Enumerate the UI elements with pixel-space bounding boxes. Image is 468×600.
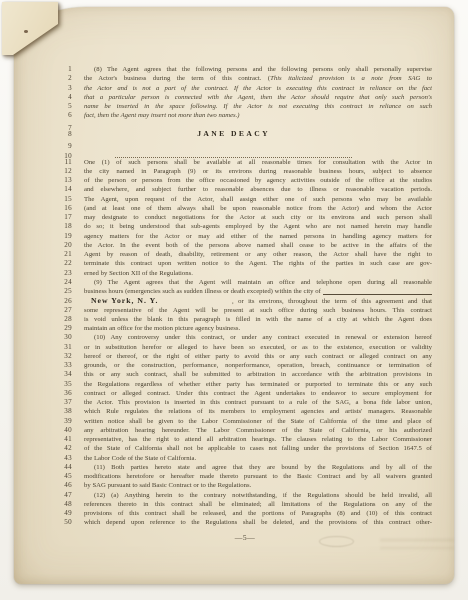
line-text: and elsewhere, and subject further to re… bbox=[84, 186, 432, 193]
line-number: 39 bbox=[14, 417, 72, 425]
line-text: any arbitration hearing hereunder. The L… bbox=[84, 427, 432, 434]
line-text: contract or alleged contract. Under this… bbox=[84, 390, 432, 397]
line-number: 45 bbox=[14, 472, 72, 480]
line-text: name be inserted in the space following.… bbox=[84, 103, 432, 110]
line-number: 32 bbox=[14, 352, 72, 360]
line-number: 25 bbox=[14, 287, 72, 295]
contract-line: 20the Actor. In the event both of the pe… bbox=[14, 241, 432, 250]
contract-line: 46by SAG pursuant to said Basic Contract… bbox=[14, 481, 432, 490]
line-number: 46 bbox=[14, 481, 72, 489]
line-text: the Regulations regardless of whether ei… bbox=[84, 381, 432, 388]
city-blank-rule bbox=[323, 294, 432, 295]
line-number: 48 bbox=[14, 500, 72, 508]
line-text: the Labor Code of the State of Californi… bbox=[84, 455, 196, 462]
line-text: the Actor and is not a part of the contr… bbox=[84, 85, 432, 92]
contract-line: 17may designate to conduct negotiations … bbox=[14, 213, 432, 222]
line-text: some representative of the Agent will be… bbox=[84, 307, 432, 314]
line-number: 26 bbox=[14, 297, 72, 305]
line-number: 12 bbox=[14, 167, 72, 175]
folded-corner-paper bbox=[0, 0, 86, 76]
line-text: One (1) of such persons shall be availab… bbox=[84, 159, 432, 166]
line-text: (9) The Agent agrees that the Agent will… bbox=[94, 279, 432, 286]
line-number: 35 bbox=[14, 380, 72, 388]
contract-line: 10 bbox=[14, 148, 432, 157]
contract-line: 3the Actor and is not a part of the cont… bbox=[14, 84, 432, 93]
line-text: the city named in Paragraph (9) or its e… bbox=[84, 168, 432, 175]
line-text: that a particular person is connected wi… bbox=[84, 94, 432, 101]
contract-line: 15The Agent, upon request of the Actor, … bbox=[14, 195, 432, 204]
line-number: 37 bbox=[14, 398, 72, 406]
line-number: 9 bbox=[14, 142, 72, 150]
contract-line: 5name be inserted in the space following… bbox=[14, 102, 432, 111]
line-number: 27 bbox=[14, 306, 72, 314]
line-number: 34 bbox=[14, 370, 72, 378]
line-number: 41 bbox=[14, 435, 72, 443]
line-text: (11) Both parties hereto state and agree… bbox=[94, 464, 432, 471]
line-text: which depend upon reference to the Regul… bbox=[84, 519, 432, 526]
contract-line: 7 bbox=[14, 121, 432, 130]
line-number: 42 bbox=[14, 444, 72, 452]
line-text: fact, then the Agent may insert not more… bbox=[84, 112, 240, 119]
contract-line: 4that a particular person is connected w… bbox=[14, 93, 432, 102]
contract-line: 25business hours (emergencies such as su… bbox=[14, 287, 432, 296]
contract-line: 50which depend upon reference to the Reg… bbox=[14, 518, 432, 527]
contract-line: 21Agent by reason of death, disability, … bbox=[14, 250, 432, 259]
line-text: Agent by reason of death, disability, re… bbox=[84, 251, 432, 258]
line-text: do so; it being understood that sub-agen… bbox=[84, 223, 432, 230]
line-text: (and at least one of them always shall b… bbox=[84, 205, 432, 212]
line-number: 16 bbox=[14, 204, 72, 212]
line-text: erned by Section XII of the Regulations. bbox=[84, 270, 193, 277]
contract-line: 26New York, N. Y., or its environs, thro… bbox=[14, 296, 432, 305]
contract-line: 41representative, has the right to atten… bbox=[14, 435, 432, 444]
line-number: 18 bbox=[14, 222, 72, 230]
contract-line: 32hereof or thereof, or the right of eit… bbox=[14, 352, 432, 361]
line-text: modifications heretofore or hereafter ma… bbox=[84, 473, 432, 480]
folded-corner bbox=[0, 0, 86, 76]
contract-page: 1(8) The Agent agrees that the following… bbox=[14, 7, 454, 584]
line-number: 24 bbox=[14, 278, 72, 286]
line-number: 49 bbox=[14, 509, 72, 517]
line-number: 8 bbox=[14, 130, 72, 138]
contract-line: 23erned by Section XII of the Regulation… bbox=[14, 269, 432, 278]
contract-line: 31or in substitution herefor or alleged … bbox=[14, 343, 432, 352]
line-text: (12) (a) Anything herein to the contrary… bbox=[94, 492, 432, 499]
contract-line: 42of the State of California shall not b… bbox=[14, 444, 432, 453]
contract-line: 34this or any such contract, shall be su… bbox=[14, 370, 432, 379]
line-text: by SAG pursuant to said Basic Contract o… bbox=[84, 482, 251, 489]
line-text: business hours (emergencies such as sudd… bbox=[84, 287, 321, 296]
contract-line: 38which Rule regulates the relations of … bbox=[14, 407, 432, 416]
line-number: 44 bbox=[14, 463, 72, 471]
line-number: 4 bbox=[14, 93, 72, 101]
faint-pencil-notation bbox=[380, 534, 454, 554]
contract-line: 9 bbox=[14, 139, 432, 148]
line-text: the Actor. In the event both of the pers… bbox=[84, 242, 432, 249]
supervisor-name-fill: JANE DEACY bbox=[115, 130, 352, 139]
line-number: 38 bbox=[14, 407, 72, 415]
line-number: 23 bbox=[14, 269, 72, 277]
contract-line: 43the Labor Code of the State of Califor… bbox=[14, 454, 432, 463]
line-text: (10) Any controversy under this contract… bbox=[94, 334, 432, 341]
line-text: the Actor's business during the term of … bbox=[84, 75, 270, 82]
faint-pencil-mark bbox=[319, 536, 354, 547]
line-text: (8) The Agent agrees that the following … bbox=[94, 66, 432, 73]
contract-line: 8JANE DEACY bbox=[14, 130, 432, 139]
line-text: The Agent, upon request of the Actor, sh… bbox=[84, 196, 432, 203]
contract-line: 37the Actor. This provision is inserted … bbox=[14, 398, 432, 407]
scan-background: 1(8) The Agent agrees that the following… bbox=[0, 0, 468, 600]
contract-line: 19agency matters for the Actor or may ai… bbox=[14, 232, 432, 241]
contract-line: 11One (1) of such persons shall be avail… bbox=[14, 158, 432, 167]
line-text: maintain an office for the motion pictur… bbox=[84, 325, 240, 332]
line-number: 36 bbox=[14, 389, 72, 397]
line-text: is void unless the blank in this paragra… bbox=[84, 316, 432, 323]
contract-line: 49provisions of this contract shall be r… bbox=[14, 509, 432, 518]
contract-line: 47(12) (a) Anything herein to the contra… bbox=[14, 491, 432, 500]
fold-speck bbox=[24, 30, 28, 33]
contract-line: 16(and at least one of them always shall… bbox=[14, 204, 432, 213]
line-text: this or any such contract, shall be subm… bbox=[84, 371, 432, 378]
contract-line: 33grounds, or the construction, performa… bbox=[14, 361, 432, 370]
line-number: 21 bbox=[14, 250, 72, 258]
line-number: 17 bbox=[14, 213, 72, 221]
line-number: 14 bbox=[14, 185, 72, 193]
line-number: 15 bbox=[14, 195, 72, 203]
line-number: 33 bbox=[14, 361, 72, 369]
contract-line: 36contract or alleged contract. Under th… bbox=[14, 389, 432, 398]
contract-line: 24(9) The Agent agrees that the Agent wi… bbox=[14, 278, 432, 287]
line-number: 31 bbox=[14, 343, 72, 351]
line-number: 28 bbox=[14, 315, 72, 323]
city-name-fill: New York, N. Y. bbox=[84, 296, 227, 305]
contract-line: 22terminate this contract upon written n… bbox=[14, 259, 432, 268]
contract-line: 14and elsewhere, and subject further to … bbox=[14, 185, 432, 194]
line-number: 29 bbox=[14, 324, 72, 332]
line-number: 43 bbox=[14, 454, 72, 462]
contract-line: 18do so; it being understood that sub-ag… bbox=[14, 222, 432, 231]
line-number: 50 bbox=[14, 518, 72, 526]
line-number: 19 bbox=[14, 232, 72, 240]
line-number: 13 bbox=[14, 176, 72, 184]
line-text: agency matters for the Actor or may aid … bbox=[84, 233, 432, 240]
line-text: hereof or thereof, or the right of eithe… bbox=[84, 353, 432, 360]
contract-line: 29maintain an office for the motion pict… bbox=[14, 324, 432, 333]
line-number: 5 bbox=[14, 102, 72, 110]
line-text: of the person or persons from the office… bbox=[84, 177, 432, 184]
contract-lines: 1(8) The Agent agrees that the following… bbox=[14, 65, 432, 528]
contract-line: 27some representative of the Agent will … bbox=[14, 306, 432, 315]
contract-line: 30(10) Any controversy under this contra… bbox=[14, 333, 432, 342]
contract-line: 12the city named in Paragraph (9) or its… bbox=[14, 167, 432, 176]
contract-line: 40any arbitration hearing hereunder. The… bbox=[14, 426, 432, 435]
contract-line: 44(11) Both parties hereto state and agr… bbox=[14, 463, 432, 472]
line-text: provisions of this contract shall be rel… bbox=[84, 510, 432, 517]
contract-line: 13of the person or persons from the offi… bbox=[14, 176, 432, 185]
line-text: which Rule regulates the relations of it… bbox=[84, 408, 432, 415]
line-number: 22 bbox=[14, 259, 72, 267]
line-number: 11 bbox=[14, 158, 72, 166]
line-text: written notice shall be given to the Lab… bbox=[84, 418, 432, 425]
line-text: grounds, or the construction, performanc… bbox=[84, 362, 432, 369]
line-text: representative, has the right to attend … bbox=[84, 436, 432, 443]
line-number: 30 bbox=[14, 333, 72, 341]
line-text: may designate to conduct negotiations fo… bbox=[84, 214, 432, 221]
line-text: of the State of California shall not be … bbox=[84, 445, 432, 452]
line-number: 6 bbox=[14, 111, 72, 119]
line-text: the Actor. This provision is inserted in… bbox=[84, 399, 432, 406]
contract-line: 45modifications heretofore or hereafter … bbox=[14, 472, 432, 481]
page-number: —5— bbox=[71, 533, 419, 542]
line-text: , or its environs, throughout the term o… bbox=[232, 297, 432, 305]
contract-line: 39written notice shall be given to the L… bbox=[14, 417, 432, 426]
contract-line: 6fact, then the Agent may insert not mor… bbox=[14, 111, 432, 120]
line-text: This italicized provision is a note from… bbox=[270, 75, 432, 82]
line-number: 47 bbox=[14, 491, 72, 499]
line-text: or in substitution herefor or alleged to… bbox=[84, 344, 432, 351]
line-text: references thereto in this contract shal… bbox=[84, 501, 432, 508]
contract-line: 35the Regulations regardless of whether … bbox=[14, 380, 432, 389]
line-number: 20 bbox=[14, 241, 72, 249]
line-text: terminate this contract upon written not… bbox=[84, 260, 432, 267]
line-number: 3 bbox=[14, 84, 72, 92]
line-number: 40 bbox=[14, 426, 72, 434]
dotted-blank-rule bbox=[115, 148, 352, 157]
contract-line: 48references thereto in this contract sh… bbox=[14, 500, 432, 509]
contract-line: 28is void unless the blank in this parag… bbox=[14, 315, 432, 324]
